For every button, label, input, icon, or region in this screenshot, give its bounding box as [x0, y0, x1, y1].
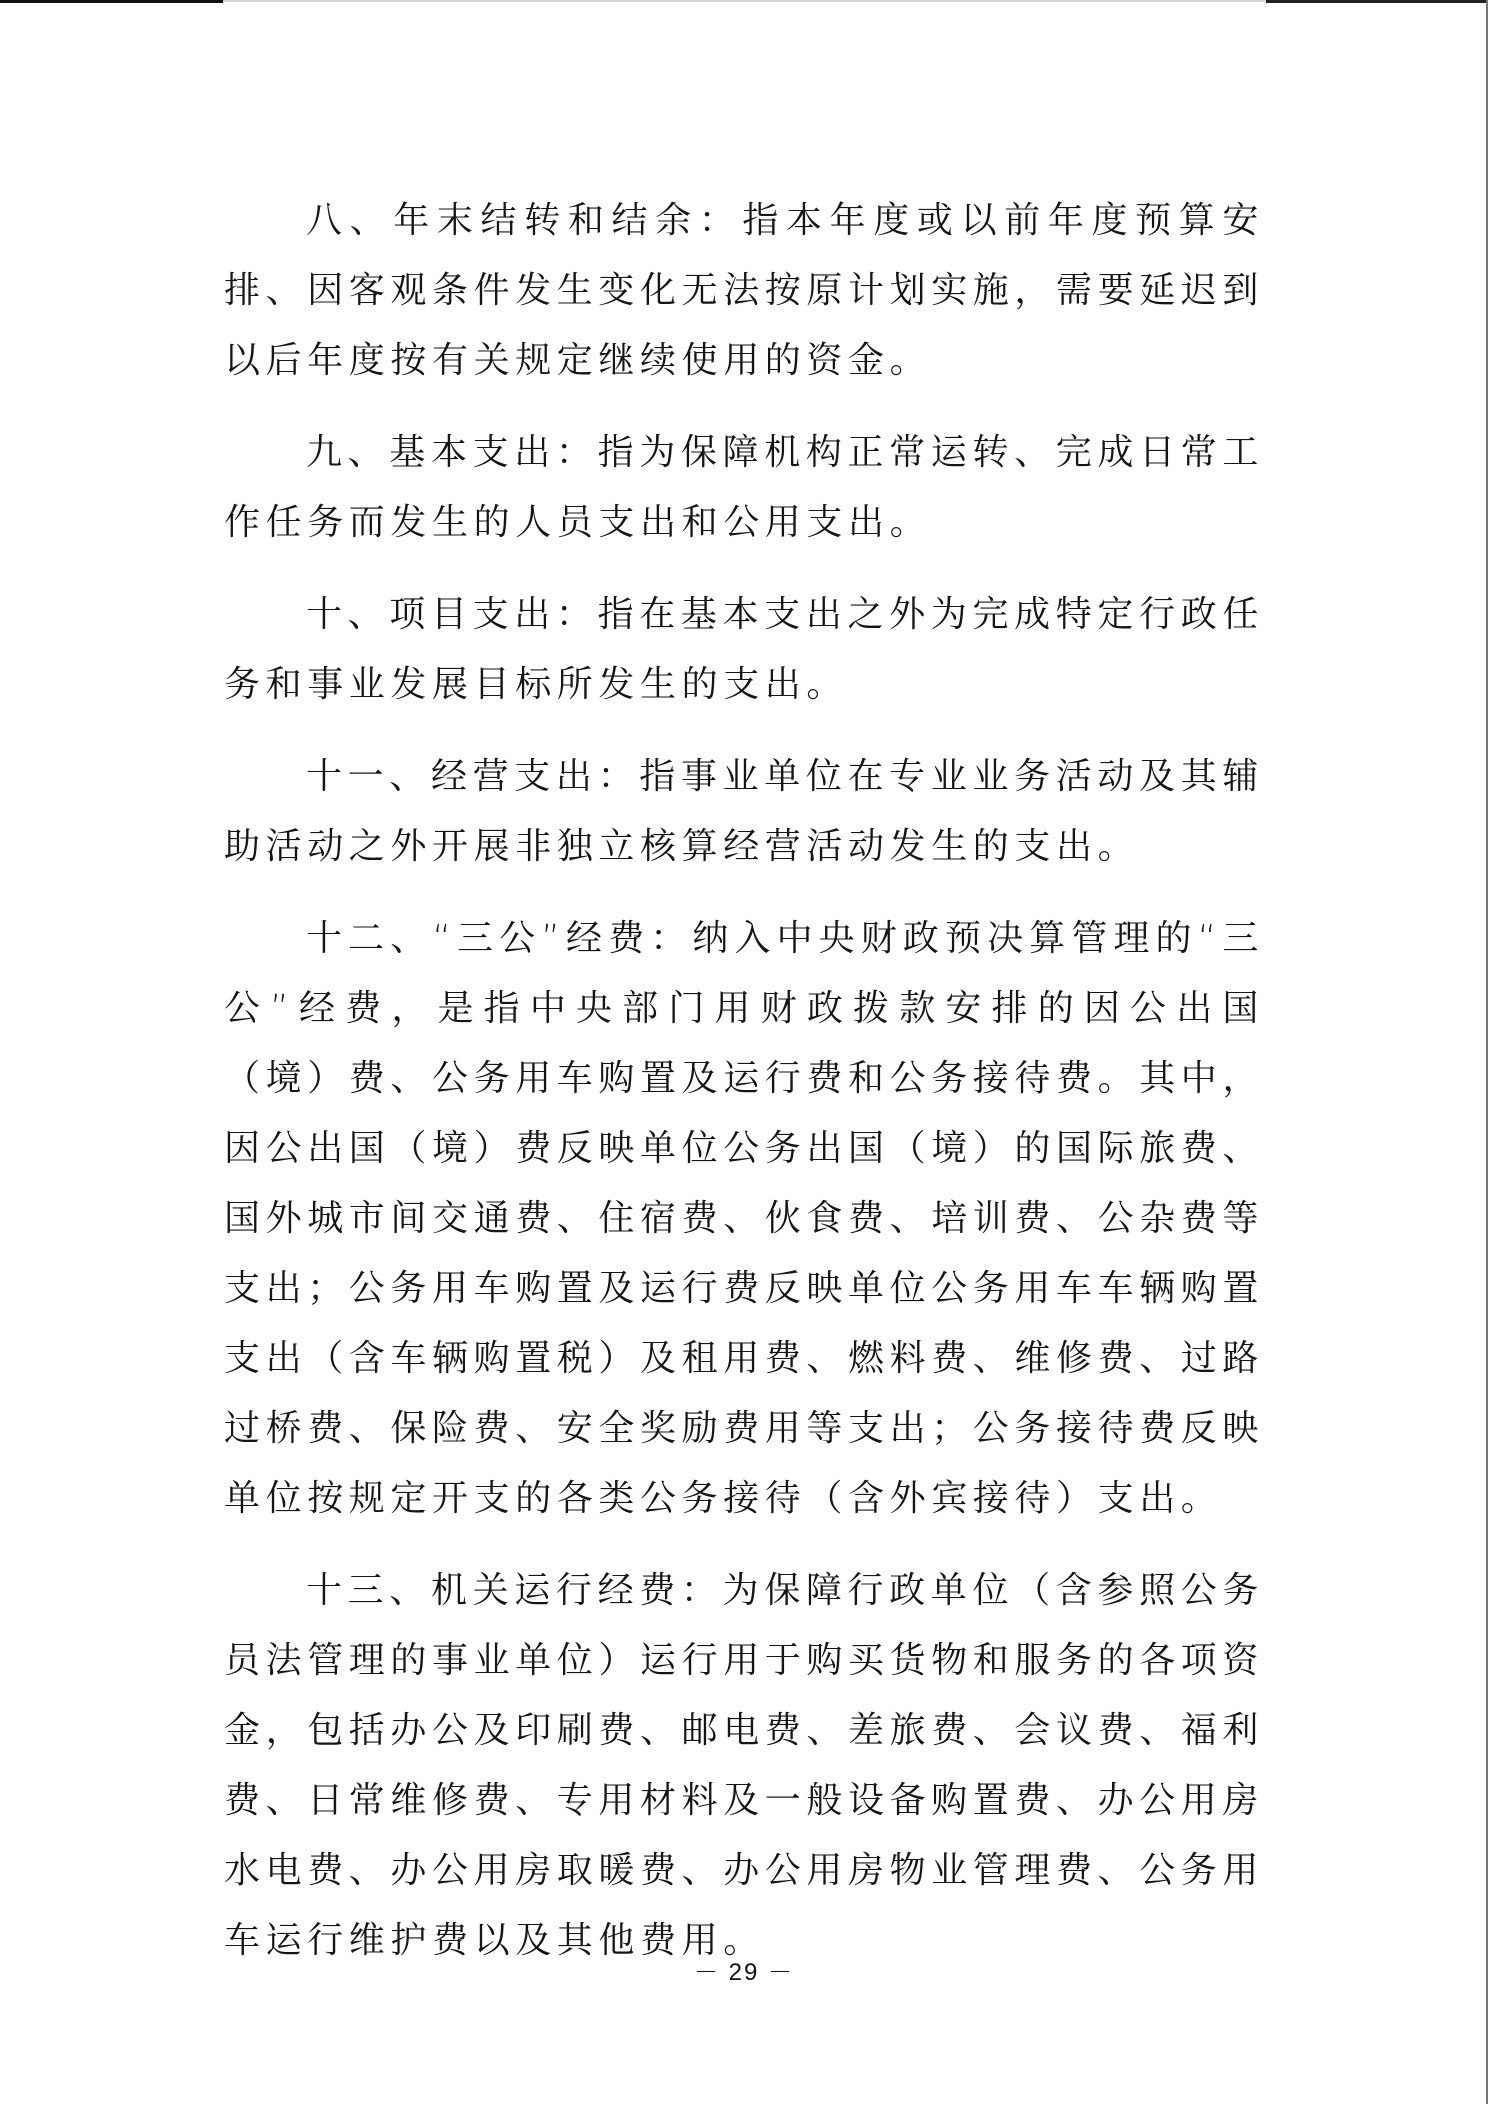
paragraph-operating-expenditure: 十一、经营支出：指事业单位在专业业务活动及其辅助活动之外开展非独立核算经营活动发… [224, 742, 1264, 882]
paragraph-agency-operating-expenses: 十三、机关运行经费：为保障行政单位（含参照公务员法管理的事业单位）运行用于购买货… [224, 1556, 1264, 1976]
scan-edge-top-left [0, 0, 223, 3]
paragraph-basic-expenditure: 九、基本支出：指为保障机构正常运转、完成日常工作任务而发生的人员支出和公用支出。 [224, 418, 1264, 558]
page-top-border [223, 0, 1266, 2]
scan-edge-top-right [1266, 0, 1488, 3]
paragraph-year-end-carryover: 八、年末结转和结余：指本年度或以前年度预算安排、因客观条件发生变化无法按原计划实… [224, 186, 1264, 396]
paragraph-three-public-expenses: 十二、“三公”经费：纳入中央财政预决算管理的“三公”经费，是指中央部门用财政拨款… [224, 904, 1264, 1534]
paragraph-project-expenditure: 十、项目支出：指在基本支出之外为完成特定行政任务和事业发展目标所发生的支出。 [224, 580, 1264, 720]
page-number: － 29 － [0, 1952, 1488, 1987]
document-body: 八、年末结转和结余：指本年度或以前年度预算安排、因客观条件发生变化无法按原计划实… [224, 186, 1264, 1998]
